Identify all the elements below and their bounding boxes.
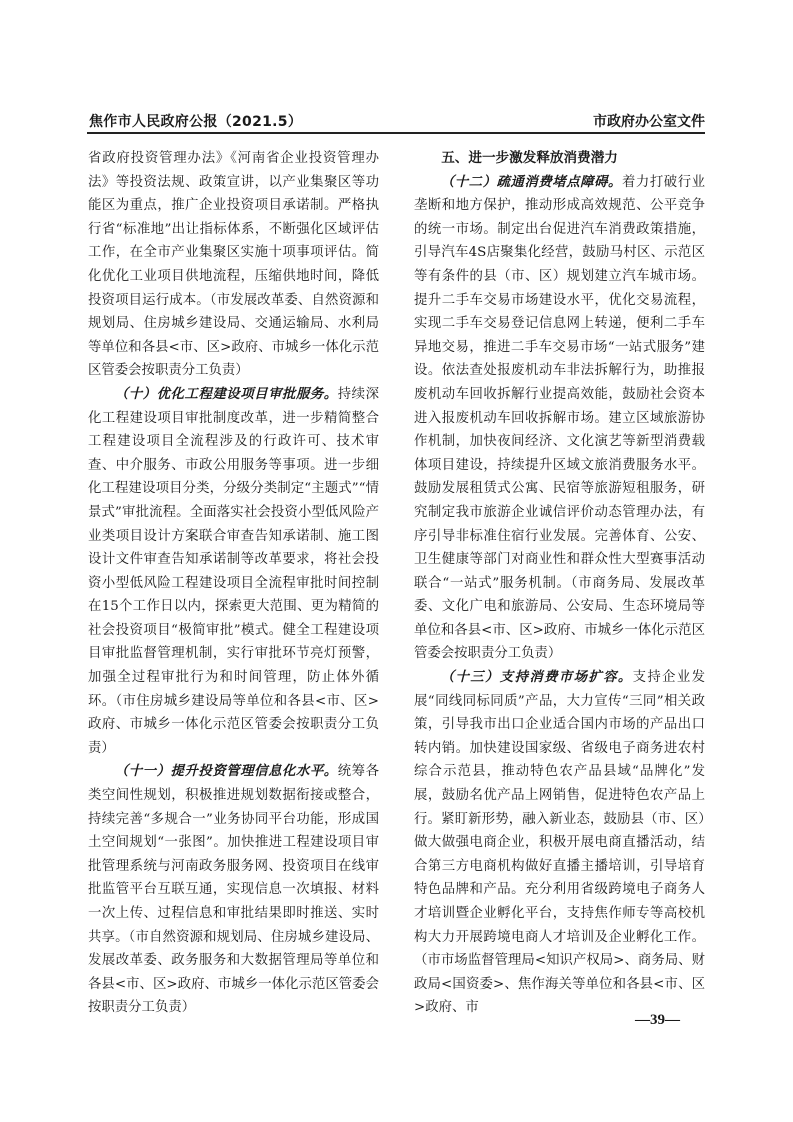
page-number: —39— (635, 1012, 680, 1029)
item-11-heading: （十一）提升投资管理信息化水平。 (115, 763, 338, 779)
right-column: 五、进一步激发释放消费潜力 （十二）疏通消费堵点障碍。着力打破行业垄断和地方保护… (414, 147, 705, 1020)
publication-title: 焦作市人民政府公报（2021.5） (89, 111, 302, 131)
paragraph-item-13: （十三）支持消费市场扩容。支持企业发展“同线同标同质”产品，大力宣传“三同”相关… (414, 666, 705, 1020)
paragraph-item-12: （十二）疏通消费堵点障碍。着力打破行业垄断和地方保护，推动形成高效规范、公平竞争… (414, 171, 705, 666)
section-heading: 五、进一步激发释放消费潜力 (414, 147, 705, 171)
paragraph-item-10: （十）优化工程建设项目审批服务。持续深化工程建设项目审批制度改革，进一步精简整合… (88, 383, 379, 761)
item-12-body: 着力打破行业垄断和地方保护，推动形成高效规范、公平竞争的统一市场。制定出台促进汽… (414, 175, 705, 662)
item-11-body: 统筹各类空间性规划，积极推进规划数据衔接或整合，持续完善“多规合一”业务协同平台… (88, 764, 379, 1015)
item-13-heading: （十三）支持消费市场扩容。 (441, 669, 633, 685)
paragraph-item-11: （十一）提升投资管理信息化水平。统筹各类空间性规划，积极推进规划数据衔接或整合，… (88, 760, 379, 1020)
paragraph-continued: 省政府投资管理办法》《河南省企业投资管理办法》等投资法规、政策宣讲，以产业集聚区… (88, 147, 379, 383)
left-column: 省政府投资管理办法》《河南省企业投资管理办法》等投资法规、政策宣讲，以产业集聚区… (88, 147, 379, 1020)
item-13-body: 支持企业发展“同线同标同质”产品，大力宣传“三同”相关政策，引导我市出口企业适合… (414, 670, 705, 1015)
item-12-heading: （十二）疏通消费堵点障碍。 (441, 174, 622, 190)
item-10-heading: （十）优化工程建设项目审批服务。 (115, 386, 338, 402)
section-label: 市政府办公室文件 (593, 111, 705, 131)
running-header: 焦作市人民政府公报（2021.5） 市政府办公室文件 (87, 108, 705, 134)
item-10-body: 持续深化工程建设项目审批制度改革，进一步精简整合工程建设项目全流程涉及的行政许可… (88, 387, 379, 756)
